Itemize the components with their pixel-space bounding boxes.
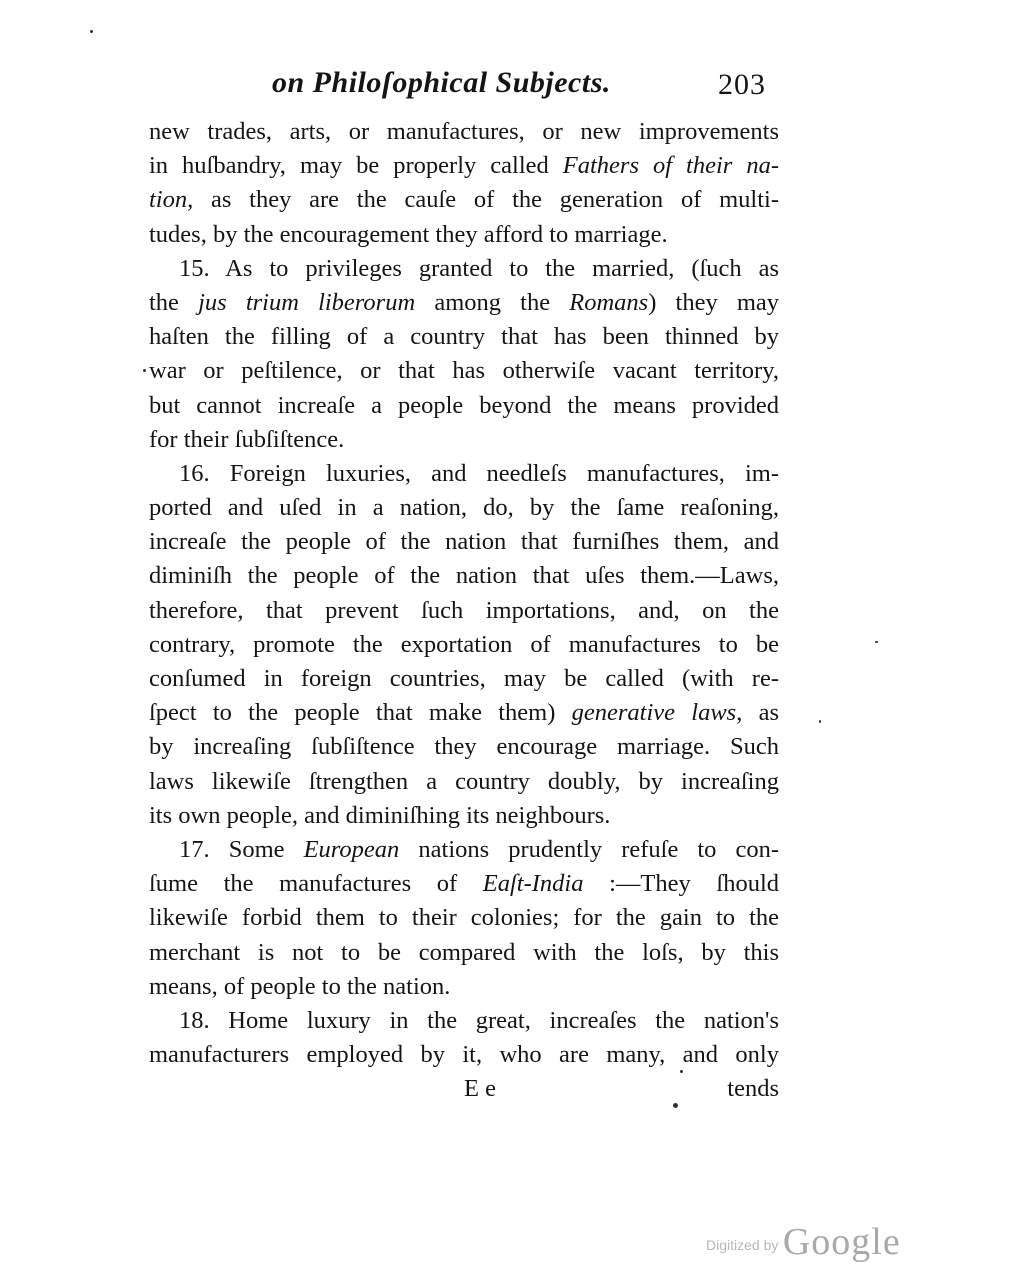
text-line: laws likewiſe ſtrengthen a country doubl… [149,765,779,799]
italic-phrase: Romans [569,289,648,316]
catchword: tends [727,1072,779,1106]
text-line: therefore, that prevent ſuch importation… [149,594,779,628]
paragraph-number: 17. [179,836,210,863]
text-line: increaſe the people of the nation that f… [149,525,779,559]
text-line: new trades, arts, or manufactures, or ne… [149,115,779,149]
text-line: conſumed in foreign countries, may be ca… [149,662,779,696]
scan-speck [673,1103,678,1108]
scan-speck [90,30,93,33]
text-line: but cannot increaſe a people beyond the … [149,389,779,423]
text-line: ſpect to the people that make them) gene… [149,696,779,730]
italic-phrase: Eaſt-India [483,870,584,897]
paragraph-18-start: 18. Home luxury in the great, increaſes … [149,1004,779,1038]
italic-phrase: jus trium liberorum [198,289,415,316]
text-line: tudes, by the encouragement they afford … [149,218,779,252]
text-line: its own people, and diminiſhing its neig… [149,799,779,833]
text-line: in huſbandry, may be properly called Fat… [149,149,779,183]
page-header: on Philoſophical Subjects. 203 [0,66,1014,116]
paragraph-number: 15. [179,255,210,282]
scan-speck [143,369,146,372]
text-line: merchant is not to be compared with the … [149,936,779,970]
text-line: ported and uſed in a nation, do, by the … [149,491,779,525]
signature-mark: E e [464,1072,496,1106]
text-line: tion, as they are the cauſe of the gener… [149,183,779,217]
paragraph-16-start: 16. Foreign luxuries, and needleſs manuf… [149,457,779,491]
text-line: haſten the filling of a country that has… [149,320,779,354]
paragraph-15-start: 15. As to privileges granted to the marr… [149,252,779,286]
text-line: the jus trium liberorum among the Romans… [149,286,779,320]
paragraph-number: 16. [179,460,210,487]
page-body: new trades, arts, or manufactures, or ne… [149,115,779,1106]
running-title: on Philoſophical Subjects. [272,66,611,100]
text-line: ſume the manufactures of Eaſt-India :—Th… [149,867,779,901]
text-line: for their ſubſiſtence. [149,423,779,457]
text-line: by increaſing ſubſiſtence they encourage… [149,730,779,764]
italic-phrase: tion, [149,186,193,213]
italic-phrase: European [304,836,400,863]
paragraph-17-start: 17. Some European nations prudently refu… [149,833,779,867]
page-number: 203 [718,68,766,102]
digitized-by-google-watermark: Digitized by Google [706,1220,901,1264]
text-line: manufacturers employed by it, who are ma… [149,1038,779,1072]
text-line: means, of people to the nation. [149,970,779,1004]
page-footer: E e tends [149,1072,779,1106]
text-line: likewiſe forbid them to their colonies; … [149,901,779,935]
watermark-prefix: Digitized by [706,1237,778,1253]
google-logo-text: Google [783,1221,901,1263]
scan-speck [680,1070,683,1073]
text-line: contrary, promote the exportation of man… [149,628,779,662]
text-line: diminiſh the people of the nation that u… [149,559,779,593]
scan-speck [875,641,878,643]
italic-phrase: Fathers of their na- [563,152,779,179]
scan-speck [819,720,821,723]
text-line: war or peſtilence, or that has otherwiſe… [149,354,779,388]
italic-phrase: generative laws [572,699,737,726]
paragraph-number: 18. [179,1007,210,1034]
